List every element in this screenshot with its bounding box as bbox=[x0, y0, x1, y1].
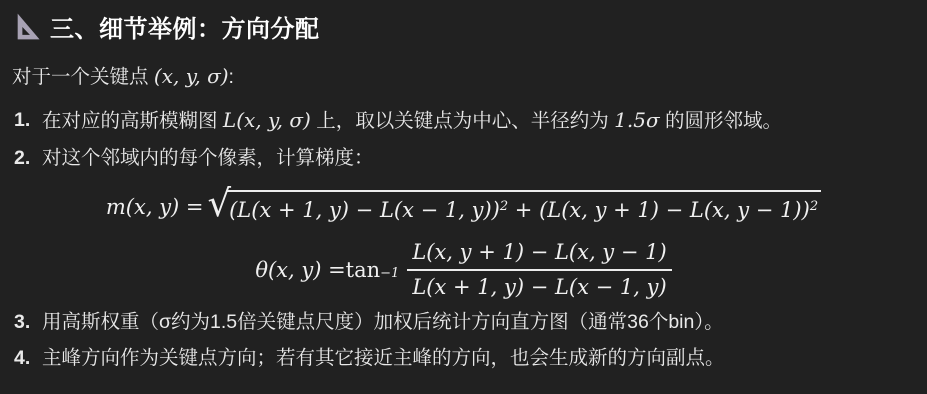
list-item-4-text: 主峰方向作为关键点方向；若有其它接近主峰的方向，也会生成新的方向副点。 bbox=[42, 345, 725, 372]
item1-math-radius: 1.5σ bbox=[614, 108, 659, 132]
orientation-lhs: θ(x, y) = bbox=[255, 258, 345, 282]
magnitude-exp2: 2 bbox=[810, 199, 818, 214]
list-item-1-text: 在对应的高斯模糊图 L(x, y, σ) 上，取以关键点为中心、半径约为 1.5… bbox=[42, 107, 782, 135]
magnitude-term1: (L(x + 1, y) − L(x − 1, y)) bbox=[229, 198, 500, 222]
orientation-exp: −1 bbox=[380, 266, 399, 281]
section-heading: 三、细节举例：方向分配 bbox=[14, 11, 915, 41]
formula-gradient-magnitude: m(x, y) = √ (L(x + 1, y) − L(x − 1, y))2… bbox=[12, 185, 915, 229]
intro-text: 对于一个关键点 bbox=[12, 66, 154, 88]
list-item-2: 2. 对这个邻域内的每个像素，计算梯度： bbox=[12, 145, 915, 172]
sqrt-radicand: (L(x + 1, y) − L(x − 1, y))2 + (L(x, y +… bbox=[227, 190, 821, 225]
magnitude-lhs: m(x, y) = bbox=[106, 195, 204, 219]
item1-text2: 上，取以关键点为中心、半径约为 bbox=[311, 110, 614, 132]
list-item-3-text: 用高斯权重（σ约为1.5倍关键点尺度）加权后统计方向直方图（通常36个bin）。 bbox=[42, 309, 724, 336]
list-marker-1: 1. bbox=[14, 107, 42, 135]
fraction-denominator: L(x + 1, y) − L(x − 1, y) bbox=[407, 269, 671, 301]
magnitude-term2: (L(x, y + 1) − L(x, y − 1)) bbox=[539, 198, 810, 222]
list-marker-2: 2. bbox=[14, 145, 42, 172]
formula-gradient-orientation: θ(x, y) = tan−1 L(x, y + 1) − L(x, y − 1… bbox=[12, 238, 915, 302]
message-content: 三、细节举例：方向分配 对于一个关键点 (x, y, σ): 1. 在对应的高斯… bbox=[0, 0, 927, 394]
intro-line: 对于一个关键点 (x, y, σ): bbox=[12, 63, 915, 91]
intro-math-keypoint: (x, y, σ) bbox=[154, 64, 229, 88]
sqrt-radical-sign: √ bbox=[208, 189, 232, 219]
item1-math-L: L(x, y, σ) bbox=[223, 108, 311, 132]
list-marker-3: 3. bbox=[14, 309, 42, 336]
list-item-2-text: 对这个邻域内的每个像素，计算梯度： bbox=[42, 145, 374, 172]
intro-colon: : bbox=[229, 66, 234, 88]
orientation-tan: tan bbox=[346, 258, 380, 282]
orientation-lhs-group: θ(x, y) = tan−1 bbox=[255, 258, 399, 282]
fraction-numerator: L(x, y + 1) − L(x, y − 1) bbox=[407, 239, 671, 269]
triangle-ruler-icon-svg bbox=[14, 12, 41, 41]
sqrt-expression: √ (L(x + 1, y) − L(x − 1, y))2 + (L(x, y… bbox=[208, 190, 822, 225]
list-item-1: 1. 在对应的高斯模糊图 L(x, y, σ) 上，取以关键点为中心、半径约为 … bbox=[12, 107, 915, 135]
section-title: 三、细节举例：方向分配 bbox=[50, 9, 320, 44]
list-marker-4: 4. bbox=[14, 345, 42, 372]
list-item-3: 3. 用高斯权重（σ约为1.5倍关键点尺度）加权后统计方向直方图（通常36个bi… bbox=[12, 309, 915, 336]
magnitude-plus: + bbox=[508, 198, 539, 222]
list-item-4: 4. 主峰方向作为关键点方向；若有其它接近主峰的方向，也会生成新的方向副点。 bbox=[12, 345, 915, 372]
item1-text1: 在对应的高斯模糊图 bbox=[42, 110, 223, 132]
item1-text3: 的圆形邻域。 bbox=[660, 110, 782, 132]
orientation-fraction: L(x, y + 1) − L(x, y − 1) L(x + 1, y) − … bbox=[407, 239, 671, 301]
magnitude-exp1: 2 bbox=[500, 199, 508, 214]
triangle-ruler-icon bbox=[14, 12, 41, 41]
